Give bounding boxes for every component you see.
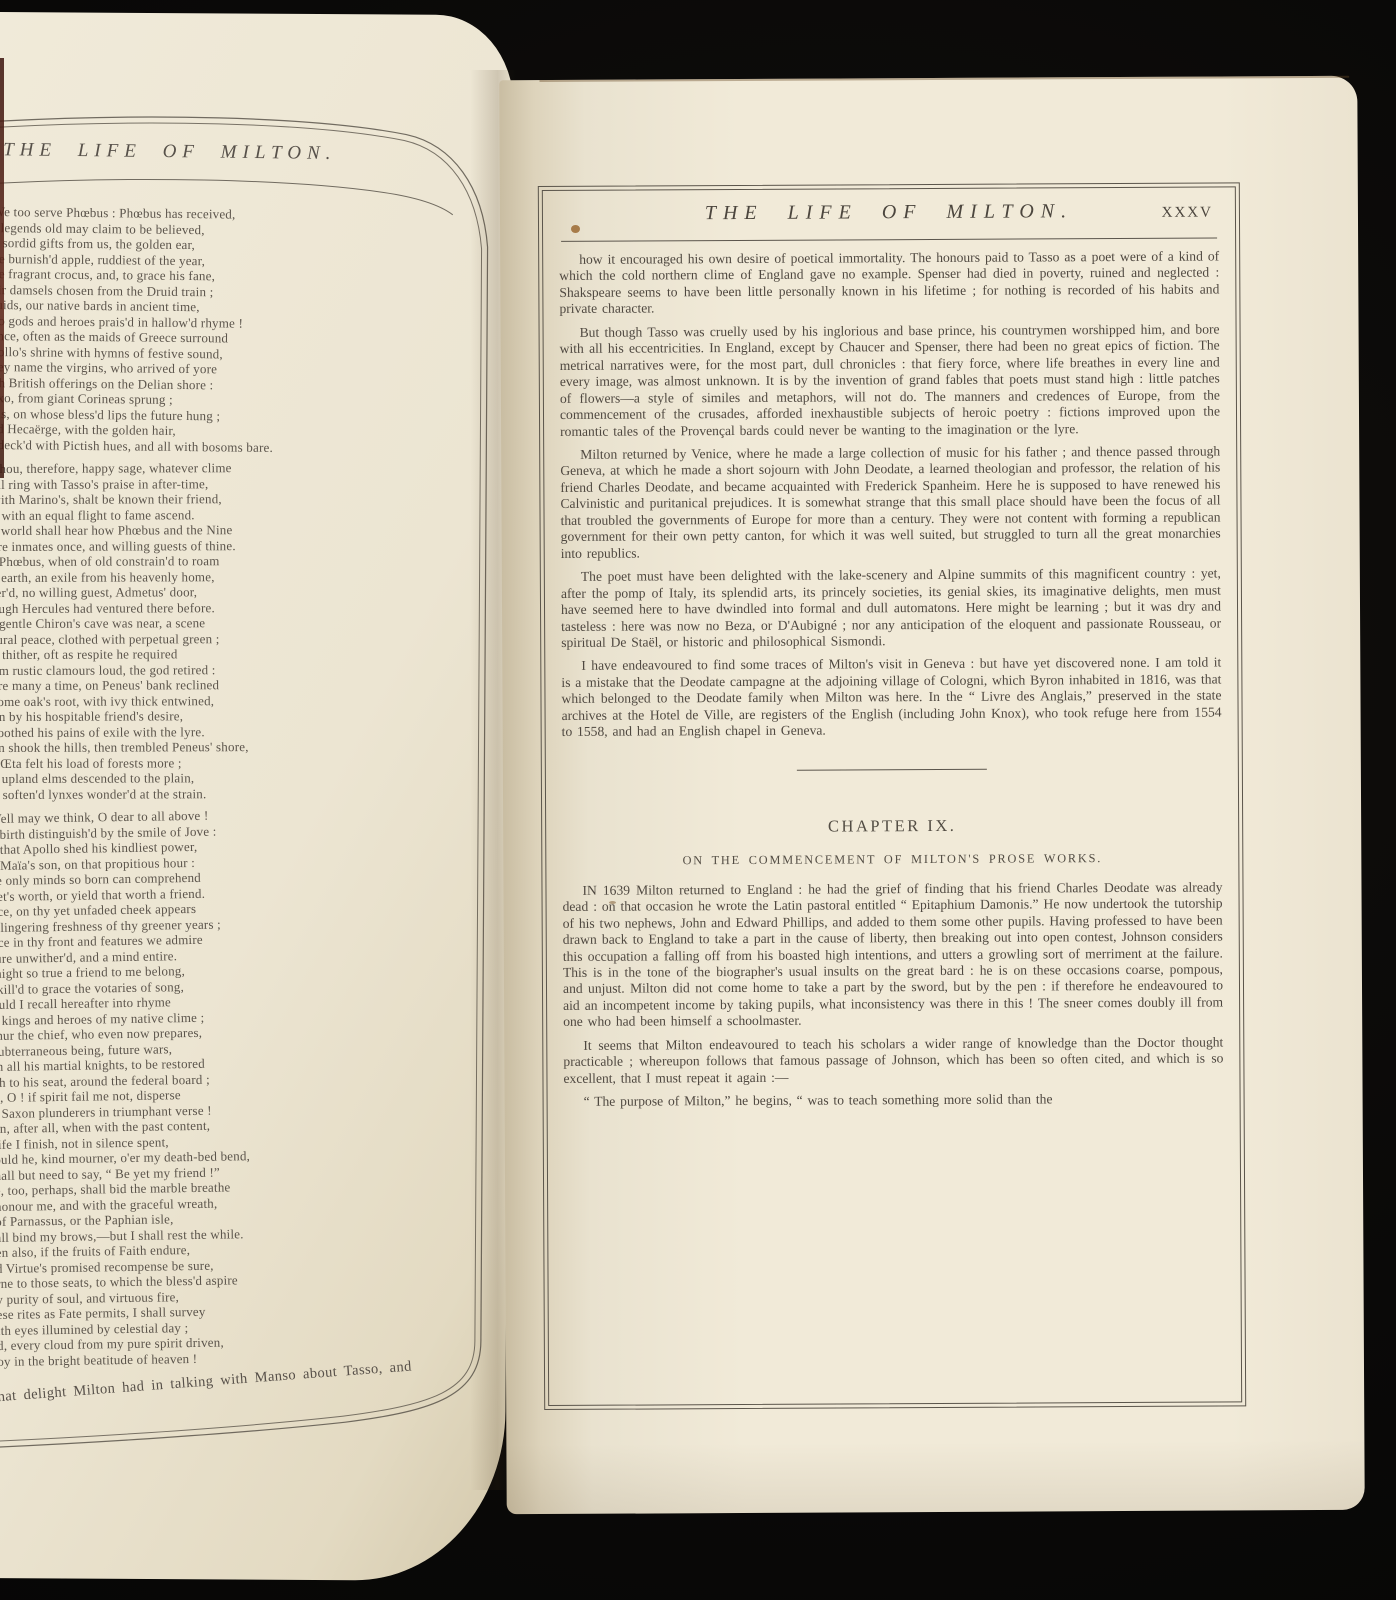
poem-line: all ring with Tasso's praise in after-ti… [0,475,477,492]
foxing-spot [571,225,580,233]
foxing-spot [609,901,616,904]
poem-stanza: Well may we think, O dear to all above !… [0,804,483,1369]
poem-line: with Marino's, shalt be known their frie… [0,490,477,507]
chapter-title: CHAPTER IX. [562,814,1222,837]
poem-stanza: We too serve Phœbus : Phœbus has receive… [0,204,479,457]
poem-line: d soften'd lynxes wonder'd at the strain… [0,785,478,802]
poem-line: ter'd, no willing guest, Admetus' door, [0,583,478,600]
prose-paragraph: The poet must have been delighted with t… [561,566,1221,652]
poem-line: e world shall hear how Phœbus and the Ni… [0,521,478,538]
right-page: THE LIFE OF MILTON. XXXV how it encourag… [499,76,1364,1514]
right-running-header: THE LIFE OF MILTON. [705,200,1073,224]
right-page-content: THE LIFE OF MILTON. XXXV how it encourag… [543,187,1241,1405]
poem-line: some oak's root, with ivy thick entwined… [0,692,478,709]
poem-text: We too serve Phœbus : Phœbus has receive… [0,204,479,1381]
poem-stanza: Thou, therefore, happy sage, whatever cl… [0,459,478,802]
page-number: XXXV [1162,205,1213,222]
prose-paragraph: I have endeavoured to find some traces o… [561,655,1221,741]
prose-paragraph: It seems that Milton endeavoured to teac… [563,1034,1223,1087]
chapter-prose-section: IN 1639 Milton returned to England : he … [562,879,1223,1110]
poem-line: ough Hercules had ventured there before. [0,599,478,616]
poem-line: t Phœbus, when of old constrain'd to roa… [0,552,478,569]
prose-paragraph: But though Tasso was cruelly used by his… [560,321,1221,440]
right-page-frame: THE LIFE OF MILTON. XXXV how it encourag… [538,182,1246,1410]
poem-line: Thou, therefore, happy sage, whatever cl… [0,459,477,476]
poem-line: t gentle Chiron's cave was near, a scene [0,614,478,631]
chapter-subtitle: ON THE COMMENCEMENT OF MILTON'S PROSE WO… [562,850,1222,868]
book-photograph: THE LIFE OF MILTON. We too serve Phœbus … [0,0,1396,1600]
right-header-row: THE LIFE OF MILTON. XXXV [559,199,1219,236]
poem-line: rural peace, clothed with perpetual gree… [0,630,478,647]
poem-line: d with an equal flight to fame ascend. [0,506,477,523]
prose-paragraph: Milton returned by Venice, where he made… [560,443,1221,562]
poem-line: d thither, oft as respite he required [0,645,478,662]
poem-line: e upland elms descended to the plain, [0,769,478,786]
poem-line: ere many a time, on Peneus' bank recline… [0,676,478,693]
book-spine-edge [0,58,4,478]
left-page: THE LIFE OF MILTON. We too serve Phœbus … [0,12,514,1581]
poem-line: e earth, an exile from his heavenly home… [0,568,478,585]
poem-line: r Œta felt his load of forests more ; [0,754,478,771]
poem-line: on by his hospitable friend's desire, [0,707,478,724]
prose-paragraph: IN 1639 Milton returned to England : he … [562,879,1223,1031]
section-divider-rule [797,768,987,770]
prose-paragraph: how it encouraged his own desire of poet… [559,248,1219,317]
poem-line: en shook the hills, then trembled Peneus… [0,738,478,755]
prose-section: how it encouraged his own desire of poet… [559,248,1222,740]
left-running-header: THE LIFE OF MILTON. [3,139,337,165]
poem-line: ere inmates once, and willing guests of … [0,537,478,554]
poem-line: soothed his pains of exile with the lyre… [0,723,478,740]
header-rule [561,237,1217,241]
prose-paragraph: “ The purpose of Milton,” he begins, “ w… [564,1091,1224,1111]
poem-line: om rustic clamours loud, the god retired… [0,661,478,678]
